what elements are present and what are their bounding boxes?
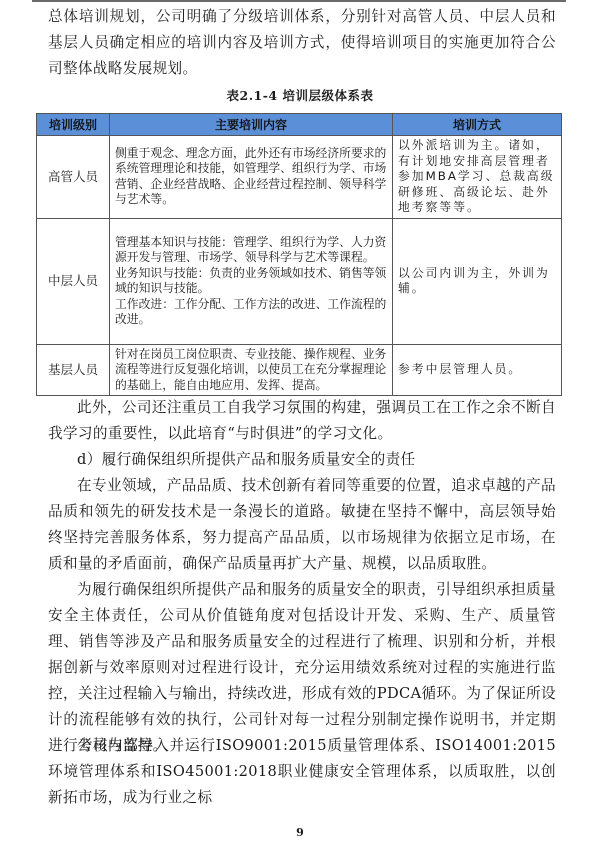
table-header-row: 培训级别 主要培训内容 培训方式 — [37, 114, 562, 136]
row-level: 高管人员 — [37, 136, 110, 219]
row-level: 基层人员 — [37, 344, 110, 396]
header-method: 培训方式 — [393, 114, 562, 136]
training-level-table: 培训级别 主要培训内容 培训方式 高管人员 侧重于观念、理念方面，此外还有市场经… — [36, 113, 562, 396]
table-row: 中层人员 管理基本知识与技能：管理学、组织行为学、人力资源开发与管理、市场学、领… — [37, 218, 562, 344]
paragraph-quality-responsibility: 为履行确保组织所提供产品和服务的质量安全的职责，引导组织承担质量安全主体责任，公… — [48, 577, 556, 759]
header-content: 主要培训内容 — [110, 114, 393, 136]
row-content: 管理基本知识与技能：管理学、组织行为学、人力资源开发与管理、市场学、领导科学与艺… — [110, 218, 393, 344]
table-row: 高管人员 侧重于观念、理念方面，此外还有市场经济所要求的系统管理理论和技能，如管… — [37, 136, 562, 219]
table-caption: 表2.1-4 培训层级体系表 — [0, 86, 600, 104]
paragraph-learning-culture: 此外，公司还注重员工自我学习氛围的构建，强调员工在工作之余不断自我学习的重要性，… — [48, 395, 556, 447]
content-line: 工作改进：工作分配、工作方法的改进、工作流程的改进。 — [115, 297, 387, 328]
intro-paragraph: 总体培训规划，公司明确了分级培训体系，分别针对高管人员、中层人员和基层人员确定相… — [48, 4, 556, 82]
page-top-rule — [32, 0, 566, 2]
row-level: 中层人员 — [37, 218, 110, 344]
paragraph-product-quality: 在专业领域，产品品质、技术创新有着同等重要的位置，追求卓越的产品品质和领先的研发… — [48, 473, 556, 577]
header-level: 培训级别 — [37, 114, 110, 136]
row-method: 以外派培训为主。诸如，有计划地安排高层管理者参加MBA学习、总裁高级研修班、高级… — [393, 136, 562, 219]
paragraph-iso-systems: 公司内部导入并运行ISO9001:2015质量管理体系、ISO14001:201… — [48, 733, 556, 811]
content-line: 侧重于观念、理念方面，此外还有市场经济所要求的系统管理理论和技能，如管理学、组织… — [115, 146, 387, 208]
row-content: 侧重于观念、理念方面，此外还有市场经济所要求的系统管理理论和技能，如管理学、组织… — [110, 136, 393, 219]
row-method: 以公司内训为主，外训为辅。 — [393, 218, 562, 344]
row-content: 针对在岗员工岗位职责、专业技能、操作规程、业务流程等进行反复强化培训，以使员工在… — [110, 344, 393, 396]
section-heading-d: d）履行确保组织所提供产品和服务质量安全的责任 — [48, 447, 556, 473]
table-row: 基层人员 针对在岗员工岗位职责、专业技能、操作规程、业务流程等进行反复强化培训，… — [37, 344, 562, 396]
content-line: 管理基本知识与技能：管理学、组织行为学、人力资源开发与管理、市场学、领导科学与艺… — [115, 235, 387, 266]
row-method: 参考中层管理人员。 — [393, 344, 562, 396]
content-line: 针对在岗员工岗位职责、专业技能、操作规程、业务流程等进行反复强化培训，以使员工在… — [115, 347, 387, 394]
page-number: 9 — [0, 826, 600, 839]
content-line: 业务知识与技能：负责的业务领域如技术、销售等领域的知识与技能。 — [115, 266, 387, 297]
